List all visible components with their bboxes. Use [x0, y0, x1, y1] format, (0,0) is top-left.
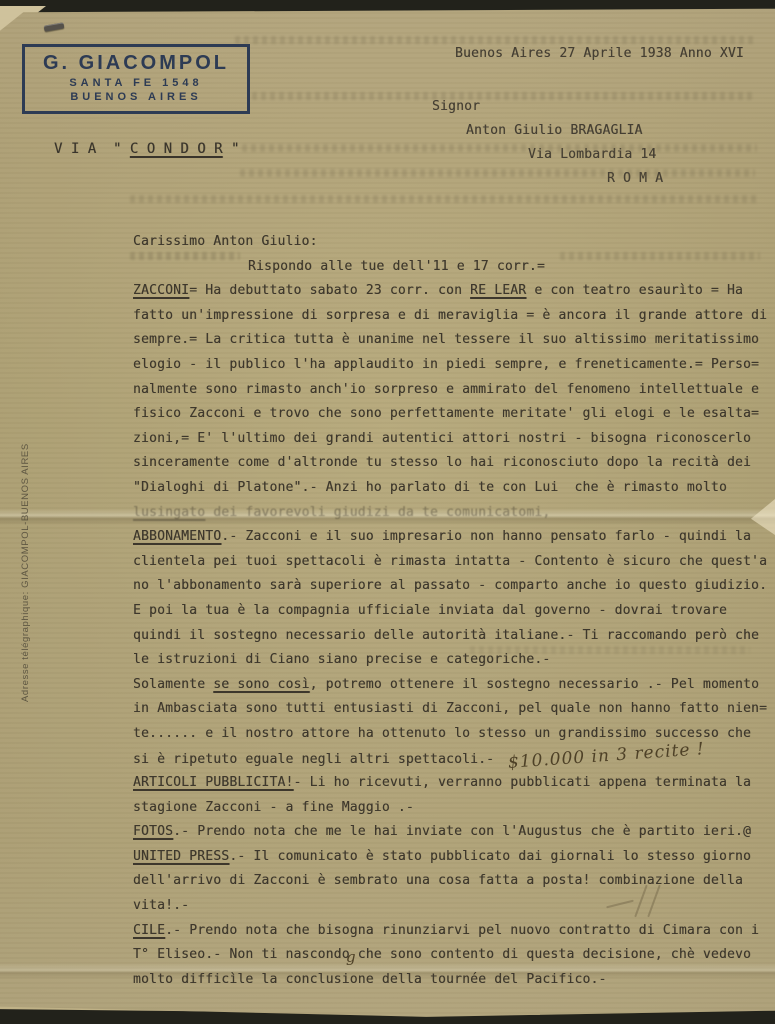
- letterhead-box: G. GIACOMPOL SANTA FE 1548 BUENOS AIRES: [22, 44, 250, 114]
- letter-line: ZACCONI= Ha debuttato sabato 23 corr. co…: [133, 279, 775, 304]
- line-segment: quindi il sostegno necessario delle auto…: [133, 628, 759, 643]
- line-segment: dei favorevoli giudizi da te comunicatom…: [205, 505, 550, 520]
- via-carrier: C O N D O R: [130, 141, 223, 157]
- recipient-name: Anton Giulio BRAGAGLIA: [466, 123, 643, 138]
- line-segment: elogio - il publico l'ha applaudito in p…: [133, 357, 759, 372]
- letter-line: E poi la tua è la compagnia ufficiale in…: [133, 599, 775, 624]
- line-segment: RE LEAR: [470, 283, 526, 298]
- line-segment: nalmente sono rimasto anch'io sorpreso e…: [133, 382, 759, 397]
- line-segment: Solamente: [133, 677, 213, 692]
- letter-line: lusingato dei favorevoli giudizi da te c…: [133, 501, 775, 526]
- line-segment: si è ripetuto eguale negli altri spettac…: [133, 752, 494, 767]
- letter-line: fatto un'impressione di sorpresa e di me…: [133, 304, 775, 329]
- line-segment: "Dialoghi di Platone".- Anzi ho parlato …: [133, 480, 727, 495]
- line-segment: lusingato: [133, 505, 205, 520]
- dateline: Buenos Aires 27 Aprile 1938 Anno XVI: [455, 46, 744, 61]
- letter-line: CILE.- Prendo nota che bisogna rinunziar…: [133, 919, 775, 944]
- line-segment: fisico Zacconi e trovo che sono perfetta…: [133, 406, 759, 421]
- bleedthrough-text: [252, 92, 752, 100]
- line-segment: UNITED PRESS: [133, 849, 229, 864]
- letter-line: UNITED PRESS.- Il comunicato è stato pub…: [133, 845, 775, 870]
- letter-line: Solamente se sono così, potremo ottenere…: [133, 673, 775, 698]
- line-segment: , potremo ottenere il sostegno necessari…: [310, 677, 760, 692]
- line-segment: .- Prendo nota che me le hai inviate con…: [173, 824, 751, 839]
- staple-mark: [44, 22, 65, 31]
- line-segment: stagione Zacconi - a fine Maggio .-: [133, 800, 414, 815]
- letter-line: elogio - il publico l'ha applaudito in p…: [133, 353, 775, 378]
- line-segment: ABBONAMENTO: [133, 529, 221, 544]
- handwritten-correction: g: [346, 948, 356, 966]
- bleedthrough-text: [235, 36, 755, 44]
- line-segment: sinceramente come d'altronde tu stesso l…: [133, 455, 751, 470]
- letter-line: sempre.= La critica tutta è unanime nel …: [133, 328, 775, 353]
- letter-line: nalmente sono rimasto anch'io sorpreso e…: [133, 378, 775, 403]
- letter-line: no l'abbonamento sarà superiore al passa…: [133, 574, 775, 599]
- letter-line: quindi il sostegno necessario delle auto…: [133, 624, 775, 649]
- telegraph-address-margin: Adresse télégraphique: GIACOMPOL-BUENOS …: [20, 382, 31, 702]
- letter-line: Rispondo alle tue dell'11 e 17 corr.=: [133, 255, 775, 280]
- recipient-salutation: Signor: [432, 99, 480, 114]
- bleedthrough-text: [242, 144, 757, 152]
- letter-line: molto difficìle la conclusione della tou…: [133, 968, 775, 993]
- letter-line: FOTOS.- Prendo nota che me le hai inviat…: [133, 820, 775, 845]
- letter-line: ARTICOLI PUBBLICITA!- Li ho ricevuti, ve…: [133, 771, 775, 796]
- line-segment: e con teatro esaurìto = Ha: [526, 283, 743, 298]
- line-segment: - Li ho ricevuti, verranno pubblicati ap…: [294, 775, 752, 790]
- line-segment: in Ambasciata sono tutti entusiasti di Z…: [133, 701, 767, 716]
- via-suffix: ": [223, 141, 240, 157]
- letter-line: sinceramente come d'altronde tu stesso l…: [133, 451, 775, 476]
- letter-line: si è ripetuto eguale negli altri spettac…: [133, 746, 775, 771]
- letter-line: in Ambasciata sono tutti entusiasti di Z…: [133, 697, 775, 722]
- line-segment: E poi la tua è la compagnia ufficiale in…: [133, 603, 727, 618]
- line-segment: vita!.-: [133, 898, 189, 913]
- bleedthrough-text: [240, 169, 755, 177]
- line-segment: te...... e il nostro attore ha ottenuto …: [133, 726, 751, 741]
- letter-line: le istruzioni di Ciano siano precise e c…: [133, 648, 775, 673]
- line-segment: dell'arrivo di Zacconi è sembrato una co…: [133, 873, 743, 888]
- company-city: BUENOS AIRES: [25, 91, 247, 103]
- via-prefix: V I A ": [54, 141, 130, 157]
- company-street: SANTA FE 1548: [25, 77, 247, 89]
- letter-body: Carissimo Anton Giulio:Rispondo alle tue…: [133, 230, 775, 992]
- line-segment: fatto un'impressione di sorpresa e di me…: [133, 308, 767, 323]
- line-segment: .- Il comunicato è stato pubblicato dai …: [229, 849, 751, 864]
- letter-line: zioni,= E' l'ultimo dei grandi autentici…: [133, 427, 775, 452]
- company-name: G. GIACOMPOL: [25, 52, 247, 75]
- via-condor-line: V I A " C O N D O R ": [54, 141, 239, 157]
- line-segment: no l'abbonamento sarà superiore al passa…: [133, 578, 767, 593]
- line-segment: zioni,= E' l'ultimo dei grandi autentici…: [133, 431, 751, 446]
- line-segment: sempre.= La critica tutta è unanime nel …: [133, 332, 759, 347]
- line-segment: se sono così: [213, 677, 309, 692]
- line-segment: molto difficìle la conclusione della tou…: [133, 972, 607, 987]
- letter-line: clientela pei tuoi spettacoli è rimasta …: [133, 550, 775, 575]
- letter-line: T° Eliseo.- Non ti nascondo che sono con…: [133, 943, 775, 968]
- letter-line: stagione Zacconi - a fine Maggio .-: [133, 796, 775, 821]
- line-segment: clientela pei tuoi spettacoli è rimasta …: [133, 554, 767, 569]
- letter-line: "Dialoghi di Platone".- Anzi ho parlato …: [133, 476, 775, 501]
- line-segment: = Ha debuttato sabato 23 corr. con: [189, 283, 470, 298]
- line-segment: ZACCONI: [133, 283, 189, 298]
- line-segment: .- Zacconi e il suo impresario non hanno…: [221, 529, 751, 544]
- bleedthrough-text: [130, 195, 760, 203]
- letter-line: Carissimo Anton Giulio:: [133, 230, 775, 255]
- line-segment: CILE: [133, 923, 165, 938]
- line-segment: Rispondo alle tue dell'11 e 17 corr.=: [248, 259, 545, 274]
- line-segment: .- Prendo nota che bisogna rinunziarvi p…: [165, 923, 759, 938]
- letter-page: G. GIACOMPOL SANTA FE 1548 BUENOS AIRES …: [0, 0, 775, 1024]
- line-segment: ARTICOLI PUBBLICITA!: [133, 775, 294, 790]
- letter-line: fisico Zacconi e trovo che sono perfetta…: [133, 402, 775, 427]
- line-segment: Carissimo Anton Giulio:: [133, 234, 318, 249]
- line-segment: FOTOS: [133, 824, 173, 839]
- letter-line: vita!.-: [133, 894, 775, 919]
- line-segment: T° Eliseo.- Non ti nascondo che sono con…: [133, 947, 751, 962]
- letter-line: dell'arrivo di Zacconi è sembrato una co…: [133, 869, 775, 894]
- line-segment: le istruzioni di Ciano siano precise e c…: [133, 652, 550, 667]
- letter-line: ABBONAMENTO.- Zacconi e il suo impresari…: [133, 525, 775, 550]
